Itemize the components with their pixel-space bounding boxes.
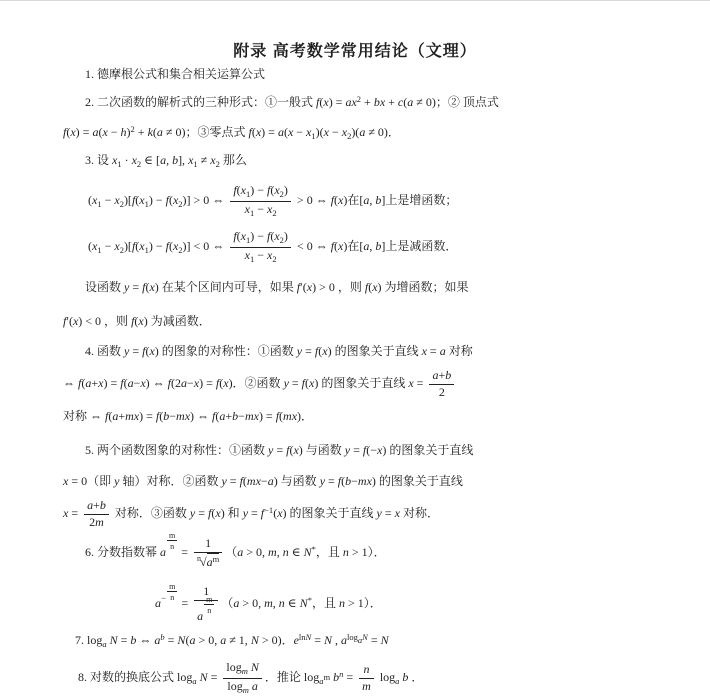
item-4-part-2: ⇔ f(a+x) = f(a−x) ⇔ f(2a−x) = f(x)．②函数 y… [63, 369, 457, 400]
item-3-intro: 3. 设 x1 · x2 ∈ [a, b], x1 ≠ x2 那么 [85, 153, 247, 170]
document-page: 附录 高考数学常用结论（文理） 1. 德摩根公式和集合相关运算公式2. 二次函数… [0, 0, 710, 700]
item-5-part-1: 5. 两个函数图象的对称性：①函数 y = f(x) 与函数 y = f(−x)… [85, 443, 473, 458]
item-5-part-2: x = 0（即 y 轴）对称．②函数 y = f(mx−a) 与函数 y = f… [63, 474, 463, 489]
item-6-formula-2: a−mn = 1amn（a > 0, m, n ∈ N*，且 n > 1）． [155, 585, 382, 624]
item-5-part-3: x = a+b2m 对称．③函数 y = f(x) 和 y = f−1(x) 的… [63, 499, 439, 530]
item-8: 8. 对数的换底公式 loga N = logm Nlogm a．推论 loga… [78, 661, 423, 696]
item-2-part-2: f(x) = a(x − h)2 + k(a ≠ 0)；③零点式 f(x) = … [63, 124, 400, 142]
item-3-decreasing-formula: (x1 − x2)[f(x1) − f(x2)] < 0 ⇔ f(x1) − f… [88, 230, 457, 265]
page-title: 附录 高考数学常用结论（文理） [0, 38, 710, 61]
item-4-part-3: 对称 ⇔ f(a+mx) = f(b−mx) ⇔ f(a+b−mx) = f(m… [63, 409, 313, 424]
item-3-derivative-note-1: 设函数 y = f(x) 在某个区间内可导，如果 f′(x) > 0 ，则 f(… [85, 280, 469, 295]
item-7: 7. loga N = b ⇔ ab = N(a > 0, a ≠ 1, N >… [75, 632, 389, 650]
item-1: 1. 德摩根公式和集合相关运算公式 [85, 67, 265, 82]
item-6-formula-1: 6. 分数指数幂 amn = 1n√am（a > 0, m, n ∈ N*，且 … [85, 537, 386, 570]
item-2-part-1: 2. 二次函数的解析式的三种形式：①一般式 f(x) = ax2 + bx + … [85, 94, 499, 110]
item-4-part-1: 4. 函数 y = f(x) 的图象的对称性：①函数 y = f(x) 的图象关… [85, 344, 473, 359]
item-3-increasing-formula: (x1 − x2)[f(x1) − f(x2)] > 0 ⇔ f(x1) − f… [88, 184, 457, 219]
item-3-derivative-note-2: f′(x) < 0 ，则 f(x) 为减函数． [63, 314, 211, 329]
